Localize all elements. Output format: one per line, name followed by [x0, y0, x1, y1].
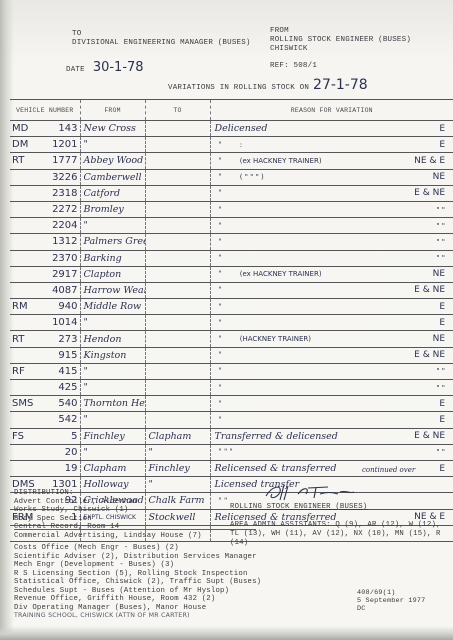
reason-text: " [219, 416, 222, 424]
region-code: E [403, 121, 453, 137]
region-code: E [403, 412, 453, 428]
from-depot-text: Harrow Weald [84, 285, 146, 296]
vehicle-type [10, 412, 44, 428]
form-reference: 408/69(1) 5 September 1977 DC [357, 589, 425, 613]
vehicle-number-text: 3226 [52, 172, 77, 183]
vehicle-number-text: 143 [58, 123, 77, 134]
region-code: E & NE [403, 282, 453, 298]
vehicle-number: 415 [44, 363, 80, 379]
reason-text: " [219, 367, 222, 375]
table-row: 2370Barking"" " [10, 250, 453, 266]
vehicle-type: MD [10, 121, 44, 137]
from-depot: Camberwell [80, 169, 145, 185]
region-code: E [403, 396, 453, 412]
table-row: DM1201"":E [10, 137, 453, 153]
region-code-text: " " [436, 384, 445, 392]
reason: " [210, 250, 403, 266]
vehicle-type [10, 380, 44, 396]
signatory-title-text: ROLLING STOCK ENGINEER (BUSES) [230, 503, 367, 511]
vehicle-number-text: 540 [58, 398, 77, 409]
region-code-text: E & NE [414, 285, 445, 295]
reason: " [210, 201, 403, 217]
reason-text: " [219, 157, 222, 165]
col-vehicle-number: VEHICLE NUMBER [10, 100, 80, 121]
vehicle-number: 915 [44, 347, 80, 363]
vehicle-type [10, 169, 44, 185]
reason-text: " [219, 141, 222, 149]
table-row: 20""" " "" " [10, 444, 453, 460]
region-code-text: E [439, 399, 445, 409]
reason-text: " [219, 238, 222, 246]
region-code-text: " " [436, 206, 445, 214]
vehicle-number-text: 273 [58, 334, 77, 345]
reason-text: " [219, 400, 222, 408]
vehicle-type-text: RT [12, 155, 24, 166]
distribution-item: Mech Engr (Development - Buses) (3) [14, 561, 314, 570]
reason: "(HACKNEY TRAINER) [210, 331, 403, 347]
from-depot-text: " [84, 447, 88, 458]
to-depot [145, 380, 210, 396]
region-code: " " [403, 218, 453, 234]
reason: " [210, 234, 403, 250]
vehicle-number: 20 [44, 444, 80, 460]
region-code: NE & E [403, 153, 453, 169]
reason: " [210, 299, 403, 315]
vehicle-number-text: 2272 [52, 204, 77, 215]
vehicle-number: 3226 [44, 169, 80, 185]
memo-page: TO DIVISIONAL ENGINEERING MANAGER (BUSES… [0, 0, 453, 640]
distribution-item: Div Operating Manager (Buses), Manor Hou… [14, 604, 314, 613]
reason-text: " [219, 335, 222, 343]
reason: " [210, 218, 403, 234]
vehicle-number: 19 [44, 460, 80, 476]
reason: " [210, 380, 403, 396]
table-row: 4087Harrow Weald"E & NE [10, 282, 453, 298]
vehicle-number: 540 [44, 396, 80, 412]
continued-note: continued over [362, 466, 415, 474]
from-depot: Abbey Wood [80, 153, 145, 169]
reason-text: " [219, 303, 222, 311]
to-value: DIVISIONAL ENGINEERING MANAGER (BUSES) [72, 39, 251, 48]
table-row: 3226Camberwell"( " " " )NE [10, 169, 453, 185]
region-code-text: E [439, 124, 445, 134]
reason-text: " [219, 189, 222, 197]
region-code: " " [403, 250, 453, 266]
vehicle-number: 425 [44, 380, 80, 396]
reason-note: (ex HACKNEY TRAINER) [240, 157, 322, 165]
from-depot: Clapton [80, 266, 145, 282]
page-title: VARIATIONS IN ROLLING STOCK ON 27-1-78 [168, 77, 368, 93]
from-depot: Harrow Weald [80, 282, 145, 298]
distribution-item-handwritten: TRAINING SCHOOL, CHISWICK (ATTN OF MR CA… [14, 612, 314, 621]
to-depot-text: Finchley [149, 463, 190, 474]
from-depot-text: Middle Row [84, 301, 142, 312]
region-code: " " [403, 380, 453, 396]
date-value: 30-1-78 [93, 60, 144, 75]
to-depot: " [145, 444, 210, 460]
region-code-text: NE & E [414, 156, 445, 166]
region-code: E [403, 299, 453, 315]
vehicle-type-text: RF [12, 366, 25, 377]
reason-note: : [240, 141, 242, 149]
from-depot: " [80, 380, 145, 396]
region-code: E & NE [403, 347, 453, 363]
from-depot-text: Camberwell [84, 172, 142, 183]
to-depot [145, 282, 210, 298]
from-depot-text: New Cross [84, 123, 136, 134]
reason-text: Transferred & delicensed [215, 431, 338, 442]
region-code-text: E & NE [414, 431, 445, 441]
vehicle-type: RM [10, 299, 44, 315]
to-depot [145, 121, 210, 137]
from-depot: " [80, 412, 145, 428]
from-depot-text: Kingston [84, 350, 127, 361]
region-code: NE [403, 266, 453, 282]
form-ref: 408/69(1) [357, 589, 425, 597]
vehicle-number-text: 2204 [52, 220, 77, 231]
vehicle-type-text: DM [12, 139, 28, 150]
ref-value: 508/1 [294, 62, 318, 70]
from-depot: Barking [80, 250, 145, 266]
reason-note: ( " " " ) [240, 173, 264, 181]
signature-icon [258, 482, 358, 504]
from-depot-text: " [84, 139, 88, 150]
region-code-text: NE [433, 269, 445, 279]
vehicle-type [10, 185, 44, 201]
from-depot-text: Hendon [84, 334, 122, 345]
from-depot: " [80, 218, 145, 234]
from-depot-text: Thornton Heath [84, 398, 146, 409]
vehicle-number: 1312 [44, 234, 80, 250]
vehicle-type: RT [10, 153, 44, 169]
to-depot [145, 169, 210, 185]
region-code-text: " " [436, 448, 445, 456]
vehicle-type [10, 444, 44, 460]
reason-text: " [219, 286, 222, 294]
to-depot: Finchley [145, 460, 210, 476]
from-depot: Thornton Heath [80, 396, 145, 412]
reason: " " " [210, 444, 403, 460]
table-row: RT1777Abbey Wood"(ex HACKNEY TRAINER)NE … [10, 153, 453, 169]
reason: " [210, 363, 403, 379]
distribution-item: R S Licensing Section (5), Rolling Stock… [14, 570, 314, 579]
to-depot [145, 331, 210, 347]
reason-text: " [219, 254, 222, 262]
from-label: FROM [270, 27, 411, 36]
table-row: RT273Hendon"(HACKNEY TRAINER)NE [10, 331, 453, 347]
from-depot: " [80, 363, 145, 379]
vehicle-type: DM [10, 137, 44, 153]
region-code: NE [403, 331, 453, 347]
vehicle-number: 273 [44, 331, 80, 347]
to-depot [145, 299, 210, 315]
reason-text: " [219, 206, 222, 214]
to-depot [145, 153, 210, 169]
reason: ": [210, 137, 403, 153]
vehicle-number-text: 915 [58, 350, 77, 361]
vehicle-type-text: MD [12, 123, 28, 134]
reason: " [210, 347, 403, 363]
vehicle-number-text: 1014 [52, 317, 77, 328]
region-code [403, 477, 453, 493]
to-depot [145, 234, 210, 250]
table-header-row: VEHICLE NUMBER FROM TO REASON FOR VARIAT… [10, 100, 453, 121]
to-depot [145, 137, 210, 153]
from-depot-text: Clapham [84, 463, 127, 474]
reason-text: " [219, 384, 222, 392]
date-line: DATE 30-1-78 [66, 60, 144, 75]
reason-text: " " " [219, 448, 233, 456]
from-depot: Finchley [80, 428, 145, 444]
reason: "(ex HACKNEY TRAINER) [210, 153, 403, 169]
reason: "(ex HACKNEY TRAINER) [210, 266, 403, 282]
reason-text: " [219, 270, 222, 278]
to-depot: Clapham [145, 428, 210, 444]
from-depot: " [80, 137, 145, 153]
vehicle-type-text: RM [12, 301, 28, 312]
from-depot-text: Bromley [84, 204, 124, 215]
region-code: E & NE [403, 185, 453, 201]
from-depot-text: Abbey Wood [84, 155, 144, 166]
table-row: 425""" " [10, 380, 453, 396]
vehicle-number-text: 1312 [52, 236, 77, 247]
reason: Transferred & delicensed [210, 428, 403, 444]
table-row: 2204""" " [10, 218, 453, 234]
region-code: " " [403, 363, 453, 379]
table-row: 1014""E [10, 315, 453, 331]
from-depot: Clapham [80, 460, 145, 476]
vehicle-type: FS [10, 428, 44, 444]
vehicle-type [10, 266, 44, 282]
reason-text: " [219, 351, 222, 359]
vehicle-number: 2204 [44, 218, 80, 234]
from-depot-text: " [84, 414, 88, 425]
vehicle-number: 4087 [44, 282, 80, 298]
distribution-item: Statistical Office, Chiswick (2), Traffi… [14, 578, 314, 587]
form-code: DC [357, 605, 425, 613]
ref-line: REF: 508/1 [270, 62, 317, 71]
reason-text: " [219, 222, 222, 230]
to-depot [145, 185, 210, 201]
region-code: NE [403, 169, 453, 185]
distribution-item: Revenue Office, Griffith House, Room 432… [14, 595, 314, 604]
to-depot [145, 363, 210, 379]
region-code-text: E & NE [414, 350, 445, 360]
vehicle-number: 542 [44, 412, 80, 428]
region-code: " " [403, 444, 453, 460]
from-depot: New Cross [80, 121, 145, 137]
region-code-text: E & NE [414, 188, 445, 198]
region-code: " " [403, 234, 453, 250]
vehicle-number: 143 [44, 121, 80, 137]
from-depot: Catford [80, 185, 145, 201]
reason: " [210, 315, 403, 331]
vehicle-number: 1201 [44, 137, 80, 153]
to-depot [145, 396, 210, 412]
from-depot: Bromley [80, 201, 145, 217]
reason-note: (ex HACKNEY TRAINER) [240, 270, 322, 278]
vehicle-number-text: 5 [71, 431, 77, 442]
from-depot: Palmers Green [80, 234, 145, 250]
table-row: 915Kingston"E & NE [10, 347, 453, 363]
table-row: MD143New CrossDelicensedE [10, 121, 453, 137]
vehicle-type: SMS [10, 396, 44, 412]
from-value: ROLLING STOCK ENGINEER (BUSES) [270, 36, 411, 45]
vehicle-number-text: 415 [58, 366, 77, 377]
vehicle-number-text: 425 [58, 382, 77, 393]
to-depot [145, 266, 210, 282]
vehicle-type [10, 315, 44, 331]
region-code: " " [403, 201, 453, 217]
vehicle-type [10, 282, 44, 298]
sender-block: FROM ROLLING STOCK ENGINEER (BUSES) CHIS… [270, 27, 411, 54]
col-to: TO [145, 100, 210, 121]
reason-note: (HACKNEY TRAINER) [240, 335, 311, 343]
region-code-text: E [439, 464, 445, 474]
from-depot-text: Palmers Green [84, 236, 146, 247]
vehicle-number-text: 940 [58, 301, 77, 312]
vehicle-number: 2917 [44, 266, 80, 282]
from-depot-text: Finchley [84, 431, 125, 442]
region-code [403, 493, 453, 509]
from-depot-text: Catford [84, 188, 121, 199]
region-code-text: " " [436, 367, 445, 375]
reason: " [210, 185, 403, 201]
table-row: FS5FinchleyClaphamTransferred & delicens… [10, 428, 453, 444]
table-row: SMS540Thornton Heath"E [10, 396, 453, 412]
reason-text: " [219, 319, 222, 327]
to-depot [145, 315, 210, 331]
vehicle-number-text: 1201 [52, 139, 77, 150]
distribution-item: Scientific Adviser (2), Distribution Ser… [14, 553, 314, 562]
vehicle-type: RF [10, 363, 44, 379]
vehicle-number-text: 2917 [52, 269, 77, 280]
reason: Delicensed [210, 121, 403, 137]
region-code-text: " " [436, 238, 445, 246]
region-code-text: E [439, 415, 445, 425]
from-depot: Hendon [80, 331, 145, 347]
reason: "( " " " ) [210, 169, 403, 185]
from-depot: Kingston [80, 347, 145, 363]
vehicle-number: 1014 [44, 315, 80, 331]
to-depot [145, 250, 210, 266]
to-label: TO [72, 30, 251, 39]
from-depot-text: Barking [84, 253, 122, 264]
vehicle-number: 5 [44, 428, 80, 444]
from-depot-text: " [84, 220, 88, 231]
table-row: 542""E [10, 412, 453, 428]
col-from: FROM [80, 100, 145, 121]
col-reason: REASON FOR VARIATION [210, 100, 453, 121]
from-location: CHISWICK [270, 45, 411, 54]
reason: " [210, 412, 403, 428]
title-date: 27-1-78 [313, 77, 368, 93]
vehicle-type [10, 234, 44, 250]
to-depot [145, 218, 210, 234]
table-row: 1312Palmers Green"" " [10, 234, 453, 250]
table-row: 2318Catford"E & NE [10, 185, 453, 201]
from-depot: Middle Row [80, 299, 145, 315]
vehicle-number-text: 20 [65, 447, 78, 458]
vehicle-type [10, 201, 44, 217]
vehicle-number-text: 19 [65, 463, 78, 474]
vehicle-number: 940 [44, 299, 80, 315]
region-code-text: E [439, 302, 445, 312]
from-depot: " [80, 444, 145, 460]
area-admin-assistants: AREA ADMIN ASSISTANTS: Q (9), AR (12), W… [230, 521, 452, 548]
reason-text: Relicensed & transferred [215, 463, 337, 474]
to-depot [145, 347, 210, 363]
region-code: E & NE [403, 428, 453, 444]
table-row: 2272Bromley"" " [10, 201, 453, 217]
vehicle-type-text: RT [12, 334, 24, 345]
region-code-text: NE [433, 172, 445, 182]
vehicle-number: 2318 [44, 185, 80, 201]
from-depot: " [80, 315, 145, 331]
vehicle-number: 2272 [44, 201, 80, 217]
from-depot-text: Clapton [84, 269, 122, 280]
from-depot-text: " [84, 382, 88, 393]
region-code: E [403, 315, 453, 331]
vehicle-type [10, 460, 44, 476]
region-code-text: E [439, 318, 445, 328]
signatory-title: ROLLING STOCK ENGINEER (BUSES) [230, 503, 367, 512]
vehicle-type-text: FS [12, 431, 24, 442]
region-code-text: NE [433, 334, 445, 344]
title-label: VARIATIONS IN ROLLING STOCK ON [168, 84, 309, 93]
table-row: RM940Middle Row"E [10, 299, 453, 315]
scan-shadow-bottom [0, 626, 453, 640]
ref-label: REF: [270, 62, 289, 70]
from-depot-text: " [84, 366, 88, 377]
from-depot-text: " [84, 317, 88, 328]
vehicle-number: 2370 [44, 250, 80, 266]
to-depot [145, 412, 210, 428]
vehicle-type: RT [10, 331, 44, 347]
region-code-text: E [439, 140, 445, 150]
variations-table: VEHICLE NUMBER FROM TO REASON FOR VARIAT… [10, 99, 453, 542]
date-label: DATE [66, 66, 85, 75]
reason: " [210, 282, 403, 298]
reason-text: " [219, 173, 222, 181]
form-date: 5 September 1977 [357, 597, 425, 605]
vehicle-number-text: 1777 [52, 155, 77, 166]
region-code: E [403, 137, 453, 153]
vehicle-number-text: 542 [58, 414, 77, 425]
reason: " [210, 396, 403, 412]
to-depot-text: " [149, 447, 153, 458]
vehicle-number-text: 4087 [52, 285, 77, 296]
to-depot-text: Clapham [149, 431, 192, 442]
vehicle-type [10, 218, 44, 234]
vehicle-number-text: 2318 [52, 188, 77, 199]
vehicle-type-text: SMS [12, 398, 33, 409]
vehicle-number-text: 2370 [52, 253, 77, 264]
table-row: RF415""" " [10, 363, 453, 379]
addressee-block: TO DIVISIONAL ENGINEERING MANAGER (BUSES… [72, 30, 251, 48]
vehicle-type [10, 250, 44, 266]
vehicle-type [10, 347, 44, 363]
region-code-text: " " [436, 254, 445, 262]
table-row: 2917Clapton"(ex HACKNEY TRAINER)NE [10, 266, 453, 282]
region-code-text: " " [436, 222, 445, 230]
to-depot [145, 201, 210, 217]
reason-text: Delicensed [215, 123, 268, 134]
distribution-item: Schedules Supt - Buses (Attention of Mr … [14, 587, 314, 596]
vehicle-number: 1777 [44, 153, 80, 169]
